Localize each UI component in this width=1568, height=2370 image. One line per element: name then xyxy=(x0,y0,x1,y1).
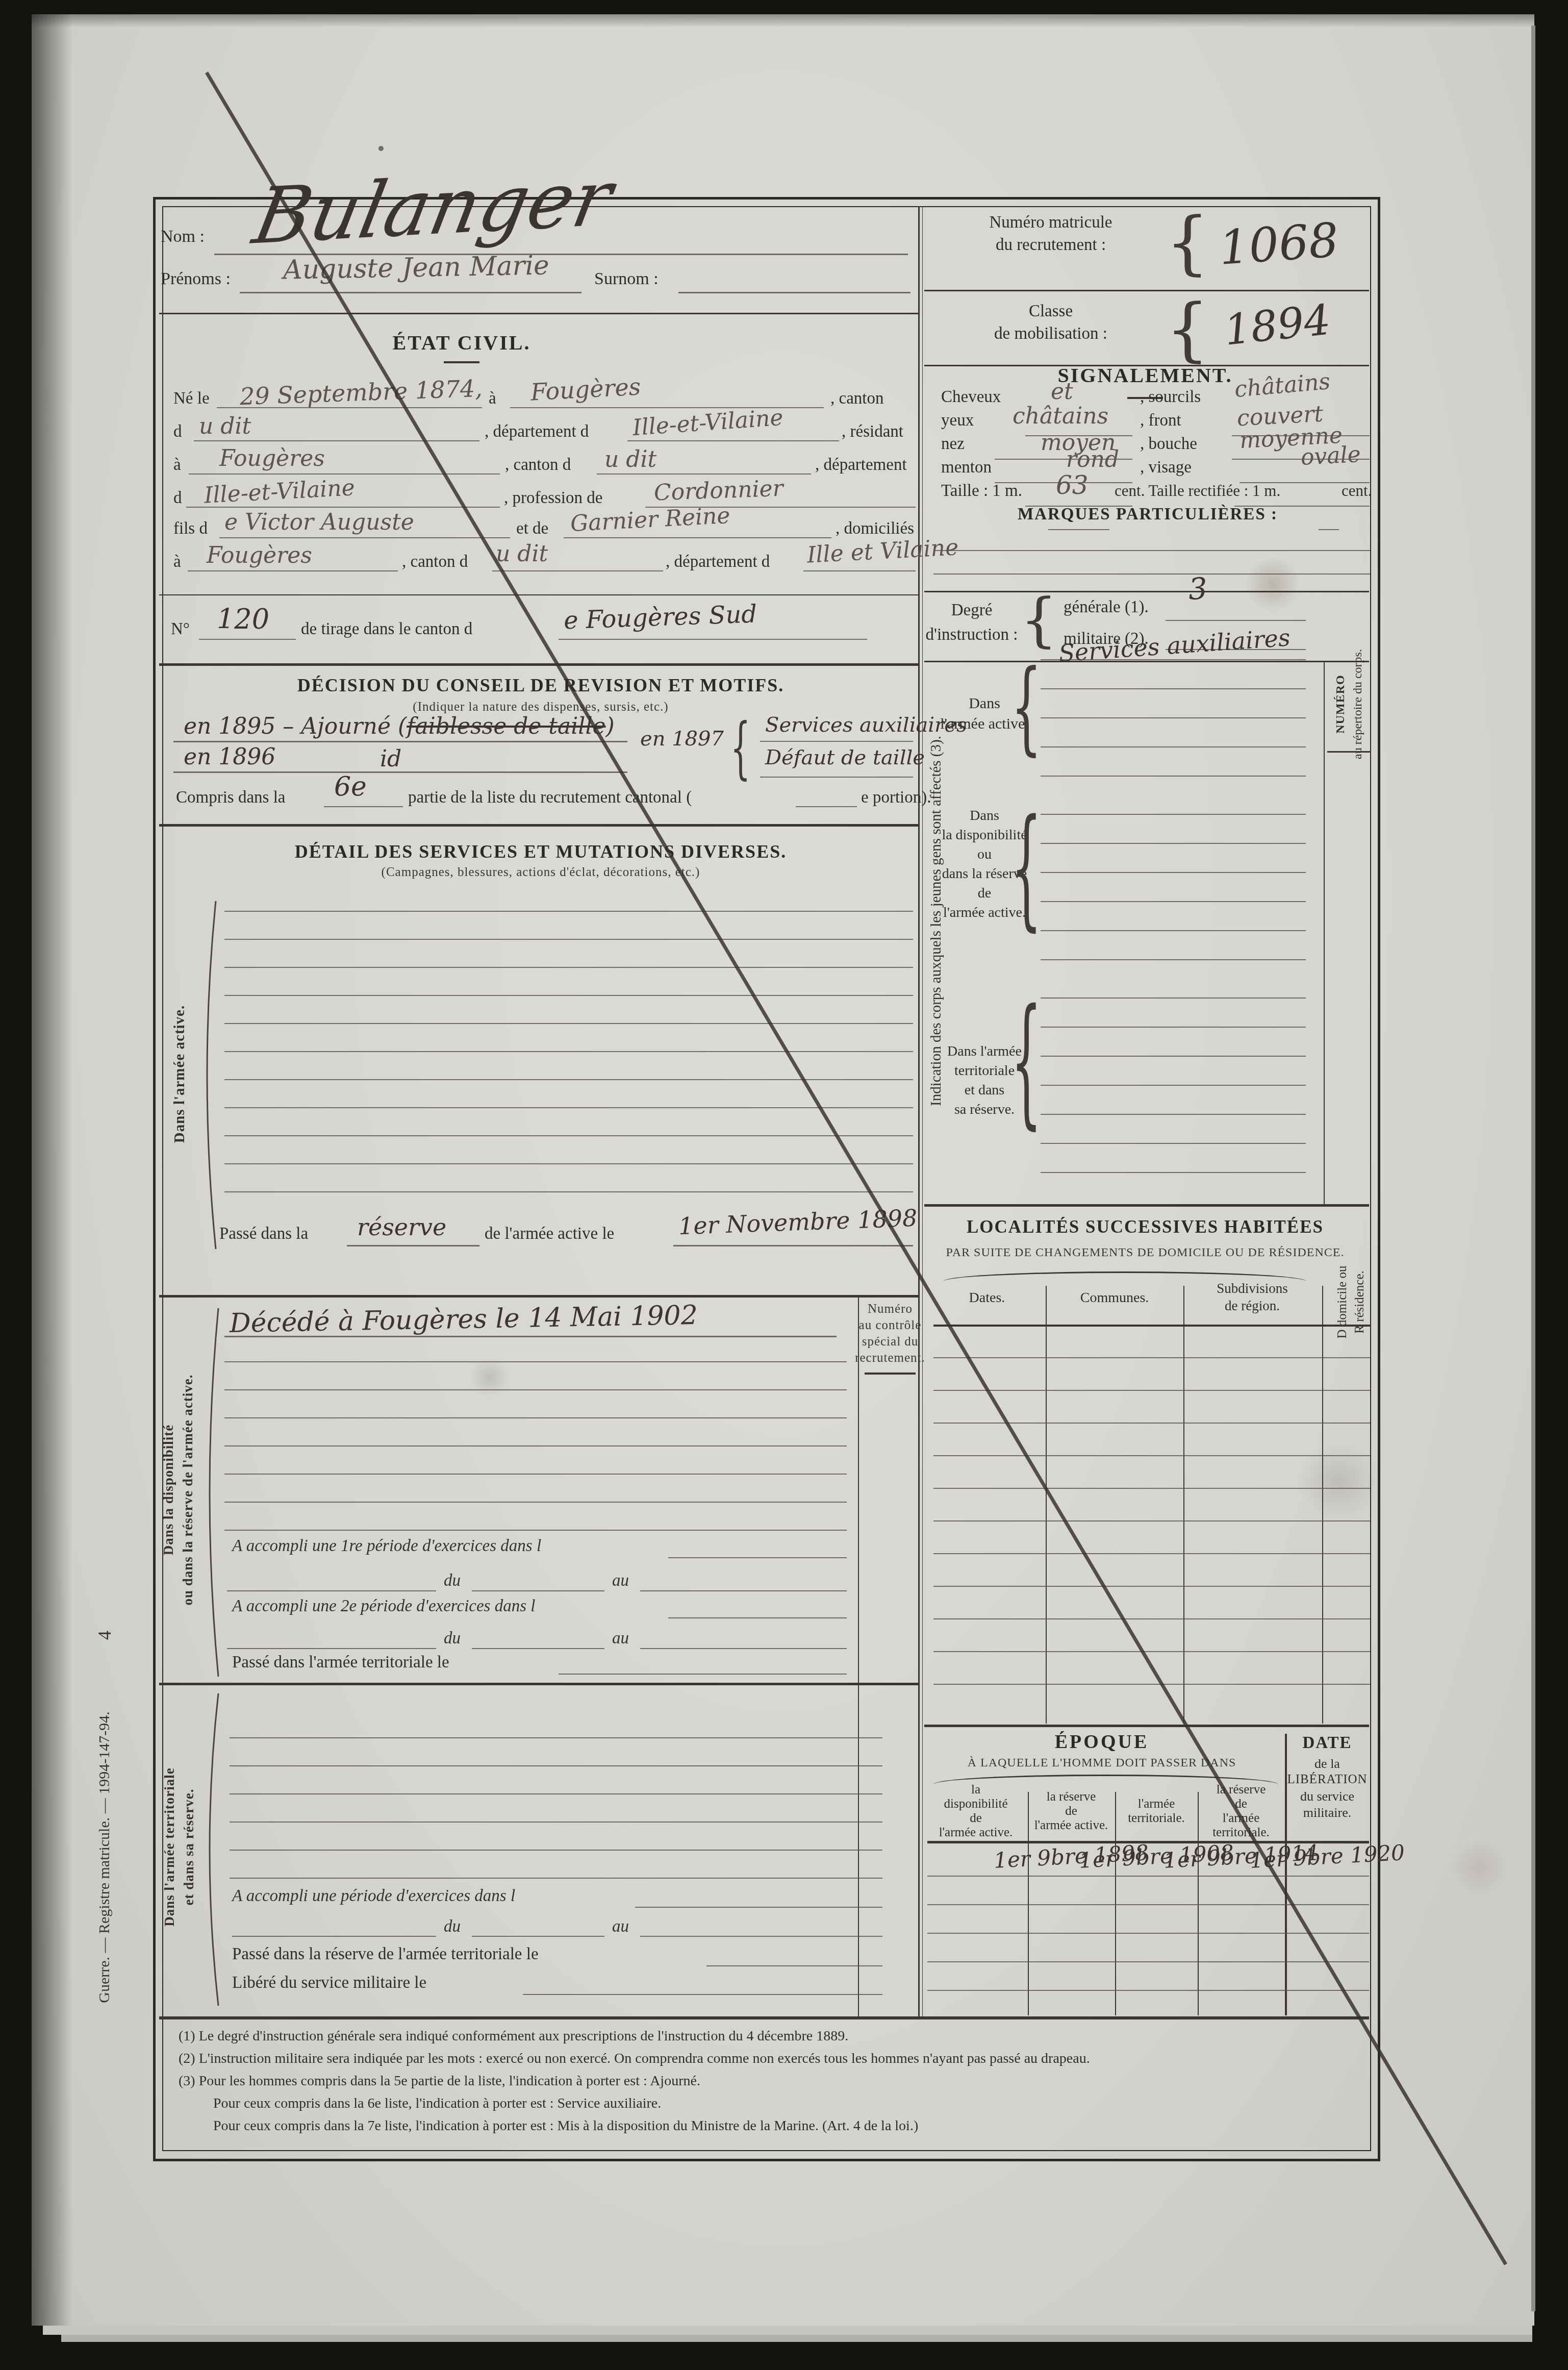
etat-civil-title: ÉTAT CIVIL. xyxy=(393,331,531,355)
ruled-line xyxy=(933,1553,1370,1554)
matricule-label: Numéro matricule xyxy=(990,213,1112,232)
title-dash xyxy=(444,361,479,363)
degre-label1: Degré xyxy=(951,601,993,620)
decision-line2: en 1896 xyxy=(184,744,275,770)
matricule-cell-bottom xyxy=(924,290,1369,291)
decision-line2-id: id xyxy=(380,746,401,772)
heavy-rule xyxy=(159,824,918,827)
ruled-line xyxy=(224,1474,847,1475)
localites-col-subdiv: Subdivisions xyxy=(1217,1281,1288,1296)
localites-col-dates: Dates. xyxy=(969,1290,1005,1306)
epoque-date-h1: DATE xyxy=(1302,1734,1352,1753)
etat-l2-h1: u dit xyxy=(199,413,251,439)
sig-taille-val: 63 xyxy=(1056,470,1089,500)
controle-header: spécial du xyxy=(862,1335,919,1349)
matricule-label2: du recrutement : xyxy=(996,236,1106,255)
ruled-line xyxy=(1041,930,1306,931)
au-label: au xyxy=(612,1917,629,1936)
ruled-line xyxy=(927,1876,1369,1877)
ruled-line xyxy=(224,1417,847,1418)
localites-dr-label1: D domicile ou xyxy=(1335,1265,1350,1338)
blank-line xyxy=(472,1936,604,1937)
decision-subtitle: (Indiquer la nature des dispenses, sursi… xyxy=(413,700,668,714)
ruled-line xyxy=(1041,717,1306,718)
nom-label: Nom : xyxy=(161,227,205,246)
ruled-line xyxy=(224,1107,913,1108)
blank-line xyxy=(217,407,482,408)
corps-brace-1: { xyxy=(1011,657,1042,759)
controle-header: recrutement. xyxy=(855,1351,925,1365)
decision-right2: Défaut de taille xyxy=(765,746,925,769)
ruled-line xyxy=(1041,814,1306,815)
passe-territoriale-label: Passé dans l'armée territoriale le xyxy=(232,1653,449,1672)
sig-taille-rect: cent. Taille rectifiée : 1 m. xyxy=(1115,482,1280,500)
localites-title: LOCALITÉS SUCCESSIVES HABITÉES xyxy=(967,1217,1324,1237)
etat-l3-p2: , canton d xyxy=(505,456,571,475)
compris-label: Compris dans la xyxy=(176,788,285,807)
passe-res-terr-label: Passé dans la réserve de l'armée territo… xyxy=(232,1945,539,1964)
sig-cheveux: Cheveux xyxy=(941,388,1001,407)
cell-divider xyxy=(924,591,1369,592)
ruled-line xyxy=(1041,776,1306,777)
ruled-line xyxy=(1041,1027,1306,1028)
ruled-line xyxy=(224,939,913,940)
sig-yeux: yeux xyxy=(941,411,974,430)
page-stack-edge xyxy=(61,2335,1532,2342)
decision-line1: en 1895 – Ajourné (faiblesse de taille) xyxy=(184,713,615,739)
epoque-date-h5: militaire. xyxy=(1303,1805,1352,1820)
scan-background: Guerre. — Registre matricule. — 1994-147… xyxy=(0,0,1568,2370)
degre-brace: { xyxy=(1020,591,1057,650)
corps-brace-3: { xyxy=(1011,992,1042,1133)
blank-line xyxy=(668,1557,847,1558)
epoque-c1: de xyxy=(970,1811,982,1826)
sig-visage-val: ovale xyxy=(1300,441,1361,470)
decision-l1-pre: en 1895 – Ajourné ( xyxy=(184,713,407,739)
ruled-line xyxy=(224,1135,913,1136)
degre-generale-val: 3 xyxy=(1187,571,1208,607)
header-cell-bottom xyxy=(159,313,918,314)
ruled-line xyxy=(927,1990,1369,1991)
epoque-c3: l'armée xyxy=(1138,1797,1175,1811)
ruled-line xyxy=(1041,872,1306,873)
blank-line xyxy=(564,537,831,538)
corps-g2-label: de xyxy=(978,885,991,902)
blank-line xyxy=(189,473,500,475)
sig-yeux-val: châtains xyxy=(1013,403,1108,429)
blank-line xyxy=(635,1907,882,1908)
sig-sourcils: , sourcils xyxy=(1140,388,1201,407)
epoque-c2: la réserve xyxy=(1047,1790,1096,1804)
epoque-c1: disponibilité xyxy=(944,1797,1008,1811)
etat-l3-h1: Fougères xyxy=(219,445,325,471)
services-title: DÉTAIL DES SERVICES ET MUTATIONS DIVERSE… xyxy=(295,841,787,862)
etat-l6: à xyxy=(173,553,181,571)
epoque-c2: l'armée active. xyxy=(1034,1818,1108,1833)
ruled-line xyxy=(230,1765,882,1766)
ruled-line xyxy=(1041,1114,1306,1115)
signalement-title: SIGNALEMENT. xyxy=(1057,363,1232,387)
decision-1897: en 1897 xyxy=(640,727,724,751)
blank-line xyxy=(673,1245,913,1246)
etat-l1: Né le xyxy=(173,389,210,408)
blank-line xyxy=(492,570,663,571)
ruled-line xyxy=(1041,901,1306,902)
etat-l2-p3: , résidant xyxy=(842,422,903,441)
ruled-line xyxy=(933,1423,1370,1424)
corps-g3-label: territoriale xyxy=(954,1063,1015,1079)
sig-nez: nez xyxy=(941,435,965,454)
etat-l4: d xyxy=(173,489,182,508)
marques-title: MARQUES PARTICULIÈRES : xyxy=(1018,505,1278,524)
services-subtitle: (Campagnes, blessures, actions d'éclat, … xyxy=(382,865,700,880)
compris-value: 6e xyxy=(334,771,367,802)
top-edge-shadow xyxy=(32,14,1534,28)
ruled-line xyxy=(1041,1085,1306,1086)
side-label-armee-active: Dans l'armée active. xyxy=(171,1005,188,1143)
epoque-subtitle: À LAQUELLE L'HOMME DOIT PASSER DANS xyxy=(968,1756,1236,1770)
sig-visage: , visage xyxy=(1140,458,1192,477)
blank-line xyxy=(1166,620,1306,621)
epoque-c3: territoriale. xyxy=(1128,1811,1185,1826)
sig-taille: Taille : 1 m. xyxy=(941,482,1022,501)
ruled-line xyxy=(224,1445,847,1446)
ruled-line xyxy=(933,1455,1370,1456)
ruled-line xyxy=(224,1079,913,1080)
ruled-line xyxy=(224,1502,847,1503)
epoque-c2: de xyxy=(1065,1804,1077,1818)
spine-shadow xyxy=(32,14,72,2326)
side-label-corps: Indication des corps auxquels les jeunes… xyxy=(928,736,945,1106)
blank-line xyxy=(173,741,627,742)
controle-underline xyxy=(865,1373,916,1375)
ruled-line xyxy=(224,1389,847,1390)
blank-line xyxy=(173,771,627,773)
etat-l2: d xyxy=(173,422,182,441)
column-divider xyxy=(922,206,923,2016)
section-paren xyxy=(199,1306,221,1679)
footnote-4: Pour ceux compris dans la 6e liste, l'in… xyxy=(213,2095,661,2112)
etat-l6-p3: , département d xyxy=(666,553,770,571)
prenoms-value: Auguste Jean Marie xyxy=(283,250,550,285)
blank-line xyxy=(1048,529,1109,530)
blank-line xyxy=(706,1965,882,1966)
degre-label2: d'instruction : xyxy=(925,626,1018,644)
decision-l1-struck: faiblesse de taille xyxy=(407,713,605,739)
ruled-line xyxy=(1041,843,1306,844)
blank-line xyxy=(1319,529,1339,530)
epoque-title: ÉPOQUE xyxy=(1055,1731,1149,1753)
etat-l5-p3: , domiciliés xyxy=(836,519,914,538)
controle-header: Numéro xyxy=(868,1302,913,1316)
heavy-rule xyxy=(159,663,918,666)
etat-l4-h2: Cordonnier xyxy=(653,476,783,506)
epoque-col-divider xyxy=(1028,1792,1029,2015)
matricule-brace: { xyxy=(1166,208,1209,277)
footnote-3: (3) Pour les hommes compris dans la 5e p… xyxy=(179,2073,700,2089)
etat-l5: fils d xyxy=(173,519,208,538)
tirage-no: N° xyxy=(171,620,190,639)
etat-l4-p2: , profession de xyxy=(504,489,602,508)
decision-title: DÉCISION DU CONSEIL DE REVISION ET MOTIF… xyxy=(297,675,785,696)
etat-l1-canton: , canton xyxy=(830,389,883,408)
etat-l3-h2: u dit xyxy=(604,446,656,472)
controle-divider xyxy=(858,1295,859,2016)
prenoms-label: Prénoms : xyxy=(161,269,231,289)
etat-l6-h2: u dit xyxy=(496,541,548,567)
ruled-line xyxy=(927,1904,1369,1905)
ruled-line xyxy=(224,1191,913,1192)
ruled-line xyxy=(933,1586,1370,1587)
libere-label: Libéré du service militaire le xyxy=(232,1974,426,1992)
localites-col-communes: Communes. xyxy=(1080,1290,1149,1306)
degre-generale: générale (1). xyxy=(1064,598,1149,617)
blank-line xyxy=(796,806,857,807)
localites-col-divider xyxy=(1183,1286,1184,1724)
blank-line xyxy=(347,1245,479,1246)
repertoire-tick xyxy=(1327,751,1371,753)
blank-line xyxy=(199,639,296,640)
corps-brace-2: { xyxy=(1011,804,1042,935)
etat-l3: à xyxy=(173,456,181,475)
blank-line xyxy=(668,1617,847,1618)
margin-imprint: Guerre. — Registre matricule. — 1994-147… xyxy=(96,1711,113,2003)
blank-line xyxy=(640,1648,847,1649)
ruled-line xyxy=(230,1737,882,1738)
epoque-date-h3: LIBÉRATION xyxy=(1287,1773,1367,1787)
ruled-line xyxy=(224,995,913,996)
ruled-line xyxy=(933,1520,1370,1521)
ruled-line xyxy=(927,1961,1369,1962)
ruled-line xyxy=(1041,746,1306,747)
classe-label: Classe xyxy=(1029,302,1073,321)
ruled-line xyxy=(1041,688,1306,689)
ruled-line xyxy=(224,967,913,968)
paper-stain xyxy=(1449,1837,1510,1898)
ruled-line xyxy=(224,1530,847,1531)
blank-line xyxy=(597,473,811,475)
surnom-line xyxy=(678,292,911,293)
corps-g2-label: ou xyxy=(977,846,992,863)
etat-l1-a: à xyxy=(489,389,496,408)
ruled-line xyxy=(933,1651,1370,1652)
ruled-line xyxy=(1041,1172,1306,1173)
footnote-separator xyxy=(159,2016,1369,2019)
section-paren xyxy=(196,899,219,1251)
epoque-c4: la réserve xyxy=(1217,1783,1266,1797)
footnote-2: (2) L'instruction militaire sera indiqué… xyxy=(179,2051,1090,2067)
blank-line xyxy=(803,570,916,571)
au-label: au xyxy=(612,1571,629,1590)
blank-line xyxy=(760,777,913,778)
blank-line xyxy=(227,1648,436,1649)
terr-acc-label: A accompli une période d'exercices dans … xyxy=(232,1887,515,1906)
classe-brace: { xyxy=(1166,295,1209,364)
right-edge xyxy=(1531,26,1535,2311)
ruled-line xyxy=(230,1878,882,1879)
localites-subtitle: PAR SUITE DE CHANGEMENTS DE DOMICILE OU … xyxy=(946,1246,1345,1260)
ruled-line xyxy=(933,1488,1370,1489)
ruled-line xyxy=(1041,959,1306,960)
epoque-c4: de xyxy=(1235,1797,1247,1811)
ruled-line xyxy=(1041,1143,1306,1144)
acc1-label: A accompli une 1re période d'exercices d… xyxy=(232,1537,541,1556)
heavy-rule xyxy=(924,1725,1369,1727)
paper-stain xyxy=(378,146,384,151)
page-stack-edge xyxy=(43,2326,1532,2335)
ruled-line xyxy=(1041,1056,1306,1057)
ruled-line xyxy=(933,1684,1370,1685)
etat-l3-p3: , département xyxy=(815,456,907,475)
localites-header-line xyxy=(933,1325,1370,1327)
sig-menton: menton xyxy=(941,458,992,477)
blank-line xyxy=(224,1336,837,1337)
decision-l1-close: ) xyxy=(606,713,615,739)
ruled-line xyxy=(933,1390,1370,1391)
ruled-line xyxy=(224,911,913,912)
epoque-c1: la xyxy=(971,1783,980,1797)
localites-col-divider xyxy=(1322,1286,1323,1724)
blank-line xyxy=(472,1648,604,1649)
prenoms-line xyxy=(240,292,581,293)
blank-line xyxy=(559,639,867,640)
blank-line xyxy=(627,440,839,441)
etat-l5-h1: e Victor Auguste xyxy=(224,509,414,535)
passe-reserve-value: réserve xyxy=(357,1213,446,1241)
side-label-dispo-1: Dans la disponibilité xyxy=(161,1425,176,1556)
epoque-date-h2: de la xyxy=(1314,1756,1340,1772)
localites-col-divider xyxy=(1046,1286,1047,1724)
du-label: du xyxy=(444,1629,461,1648)
epoque-col-divider xyxy=(1115,1792,1116,2015)
blank-line xyxy=(188,570,398,571)
tirage-num: 120 xyxy=(217,603,269,635)
classe-label2: de mobilisation : xyxy=(994,325,1107,343)
margin-page-number: 4 xyxy=(94,1631,115,1640)
repertoire-label-1: NUMÉRO xyxy=(1334,675,1348,733)
surnom-label: Surnom : xyxy=(594,269,659,289)
decision-right1: Services auxiliaires xyxy=(765,713,967,737)
ruled-line xyxy=(230,1850,882,1851)
passe-reserve-label2: de l'armée active le xyxy=(485,1225,614,1243)
footnote-1: (1) Le degré d'instruction générale sera… xyxy=(179,2028,848,2044)
column-divider xyxy=(918,206,920,2016)
corps-g2-label: Dans xyxy=(970,808,999,824)
repertoire-divider xyxy=(1324,661,1325,1204)
tirage-label: de tirage dans le canton d xyxy=(301,620,472,639)
blank-line xyxy=(219,537,510,538)
side-label-terr-1: Dans l'armée territoriale xyxy=(162,1767,178,1926)
sig-menton-val: rond xyxy=(1066,446,1119,472)
ruled-line xyxy=(1041,659,1306,660)
compris-label2: partie de la liste du recrutement canton… xyxy=(408,788,692,807)
etat-l6-h1: Fougères xyxy=(207,542,312,568)
ruled-line xyxy=(933,573,1370,575)
ruled-line xyxy=(933,1618,1370,1619)
etat-l5-p2: et de xyxy=(516,519,548,538)
ruled-line xyxy=(933,1357,1370,1358)
ruled-line xyxy=(927,1933,1369,1934)
etat-l2-p2: , département d xyxy=(485,422,589,441)
blank-line xyxy=(760,741,913,742)
sig-cent: cent. xyxy=(1342,482,1372,500)
ruled-line xyxy=(230,1822,882,1823)
heavy-rule xyxy=(159,1683,918,1685)
etat-l1-lieu: Fougères xyxy=(530,372,642,406)
side-label-terr-2: et dans sa réserve. xyxy=(181,1789,197,1906)
ruled-line xyxy=(1041,997,1306,999)
epoque-date-divider xyxy=(1285,1734,1287,2015)
blank-line xyxy=(472,1590,604,1591)
du-label: du xyxy=(444,1917,461,1936)
epoque-c4: territoriale. xyxy=(1212,1826,1270,1840)
blank-line xyxy=(559,1674,847,1675)
sig-cheveux-val: et xyxy=(1051,379,1073,405)
footnote-5: Pour ceux compris dans la 7e liste, l'in… xyxy=(213,2118,918,2134)
ruled-line xyxy=(224,1051,913,1052)
blank-line xyxy=(640,1936,882,1937)
epoque-c1: l'armée active. xyxy=(939,1826,1013,1840)
side-label-dispo-2: ou dans la réserve de l'armée active. xyxy=(180,1374,196,1605)
corps-g1-label: Dans xyxy=(969,695,1000,712)
corps-g3-label: sa réserve. xyxy=(954,1102,1015,1118)
epoque-date-h4: du service xyxy=(1300,1789,1354,1804)
blank-line xyxy=(232,1936,436,1937)
matricule-value: 1068 xyxy=(1218,213,1341,276)
sig-front: , front xyxy=(1140,411,1181,430)
etat-l6-p2: , canton d xyxy=(402,553,468,571)
blank-line xyxy=(640,1590,847,1591)
decision-brace: { xyxy=(730,715,750,782)
ruled-line xyxy=(224,1023,913,1024)
du-label: du xyxy=(444,1571,461,1590)
repertoire-label-2: au répertoire du corps. xyxy=(1351,649,1365,759)
ruled-line xyxy=(224,1163,913,1164)
ruled-line xyxy=(224,1361,847,1362)
ruled-line xyxy=(933,550,1370,551)
blank-line xyxy=(194,440,479,441)
section-rule xyxy=(159,594,918,595)
blank-line xyxy=(186,507,500,508)
au-label: au xyxy=(612,1629,629,1648)
blank-line xyxy=(227,1590,436,1591)
acc2-label: A accompli une 2e période d'exercices da… xyxy=(232,1597,535,1616)
controle-header: au contrôle xyxy=(859,1318,922,1333)
compris-label3: e portion). xyxy=(861,788,931,807)
ruled-line xyxy=(230,1793,882,1794)
epoque-col-divider xyxy=(1198,1792,1199,2015)
corps-g3-label: et dans xyxy=(965,1082,1005,1099)
localites-col-subdiv2: de région. xyxy=(1225,1298,1280,1314)
heavy-rule xyxy=(924,1204,1369,1207)
section-paren xyxy=(199,1691,221,2008)
passe-reserve-label: Passé dans la xyxy=(219,1225,308,1243)
blank-line xyxy=(523,1994,882,1995)
blank-line xyxy=(324,806,403,807)
sig-bouche: , bouche xyxy=(1140,435,1197,454)
epoque-c4: l'armée xyxy=(1223,1811,1260,1826)
heavy-rule xyxy=(159,1295,918,1298)
